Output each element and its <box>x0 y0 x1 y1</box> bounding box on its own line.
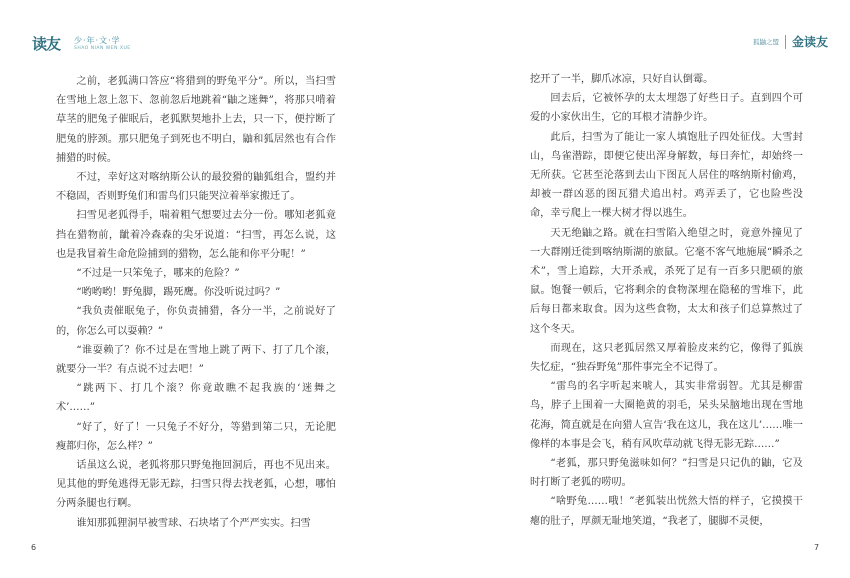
paragraph: “哟哟哟！野兔脚，踢死鹰。你没听说过吗？” <box>56 283 336 302</box>
paragraph: “谁耍赖了？你不过是在雪地上跳了两下、打了几个滚，就要分一半？有点说不过去吧！” <box>56 341 336 379</box>
paragraph: “雷鸟的名字听起来唬人，其实非常弱智。尤其是柳雷鸟，脖子上围着一大圈艳黄的羽毛，… <box>530 377 803 454</box>
paragraph: “不过是一只笨兔子，哪来的危险？” <box>56 264 336 283</box>
magazine-logo: 读友 <box>32 33 60 54</box>
author-name: 金读友 <box>792 33 828 50</box>
paragraph: “好了，好了！一只兔子不好分，等猎到第二只，无论肥瘦都归你，怎么样？” <box>56 418 336 456</box>
paragraph: 话虽这么说，老狐将那只野兔拖回洞后，再也不见出来。见其他的野兔逃得无影无踪，扫雪… <box>56 456 336 514</box>
paragraph: 之前，老狐满口答应“将猎到的野兔平分”。所以，当扫雪在雪地上忽上忽下、忽前忽后地… <box>56 72 336 168</box>
paragraph: 而现在，这只老狐居然又厚着脸皮来约它，像得了狐族失忆症，“独吞野兔”那件事完全不… <box>530 339 803 377</box>
brand-chinese: 少·年·文·学 <box>74 36 131 46</box>
story-title: 狐鼬之盟 <box>753 37 779 46</box>
running-header: 狐鼬之盟 金读友 <box>753 33 828 50</box>
paragraph: 天无绝鼬之路。就在扫雪陷入绝望之时，竟意外撞见了一大群刚迁徙到喀纳斯湖的旅鼠。它… <box>530 224 803 339</box>
paragraph: 此后，扫雪为了能让一家人填饱肚子四处征伐。大雪封山，鸟雀潜踪，即便它使出浑身解数… <box>530 128 803 224</box>
paragraph: “跳两下、打几个滚？你竟敢瞧不起我族的‘迷舞之术’……” <box>56 379 336 417</box>
paragraph: 挖开了一半，脚爪冰凉，只好自认倒霉。 <box>530 70 803 89</box>
paragraph: 扫雪见老狐得手，喘着粗气想要过去分一份。哪知老狐竟挡在猎物前，龇着冷森森的尖牙说… <box>56 206 336 264</box>
paragraph: 谁知那狐狸洞早被雪球、石块堵了个严严实实。扫雪 <box>56 514 336 533</box>
left-page-text: 之前，老狐满口答应“将猎到的野兔平分”。所以，当扫雪在雪地上忽上忽下、忽前忽后地… <box>56 72 336 533</box>
paragraph: “我负责催眠兔子，你负责捕猎，各分一半，之前说好了的，你怎么可以耍赖？” <box>56 302 336 340</box>
page-number-left: 6 <box>31 543 36 552</box>
brand-block: 少·年·文·学 SHAO NIAN WEN XUE <box>74 36 131 52</box>
paragraph: “啥野兔……哦！”老狐装出恍然大悟的样子，它摸摸干瘪的肚子，厚颜无耻地笑道，“我… <box>530 492 803 530</box>
paragraph: 不过，幸好这对喀纳斯公认的最狡猾的鼬狐组合，盟约并不稳固，否则野兔们和雷鸟们只能… <box>56 168 336 206</box>
header-divider <box>785 35 786 49</box>
magazine-header: 读友 少·年·文·学 SHAO NIAN WEN XUE <box>32 33 131 54</box>
brand-pinyin: SHAO NIAN WEN XUE <box>74 46 131 52</box>
paragraph: “老狐，那只野兔滋味如何？”扫雪是只记仇的鼬，它及时打断了老狐的唠叨。 <box>530 454 803 492</box>
page-number-right: 7 <box>814 543 819 552</box>
paragraph: 回去后，它被怀孕的太太埋怨了好些日子。直到四个可爱的小家伙出生，它的耳根才清静少… <box>530 89 803 127</box>
right-page-text: 挖开了一半，脚爪冰凉，只好自认倒霉。 回去后，它被怀孕的太太埋怨了好些日子。直到… <box>530 70 803 531</box>
